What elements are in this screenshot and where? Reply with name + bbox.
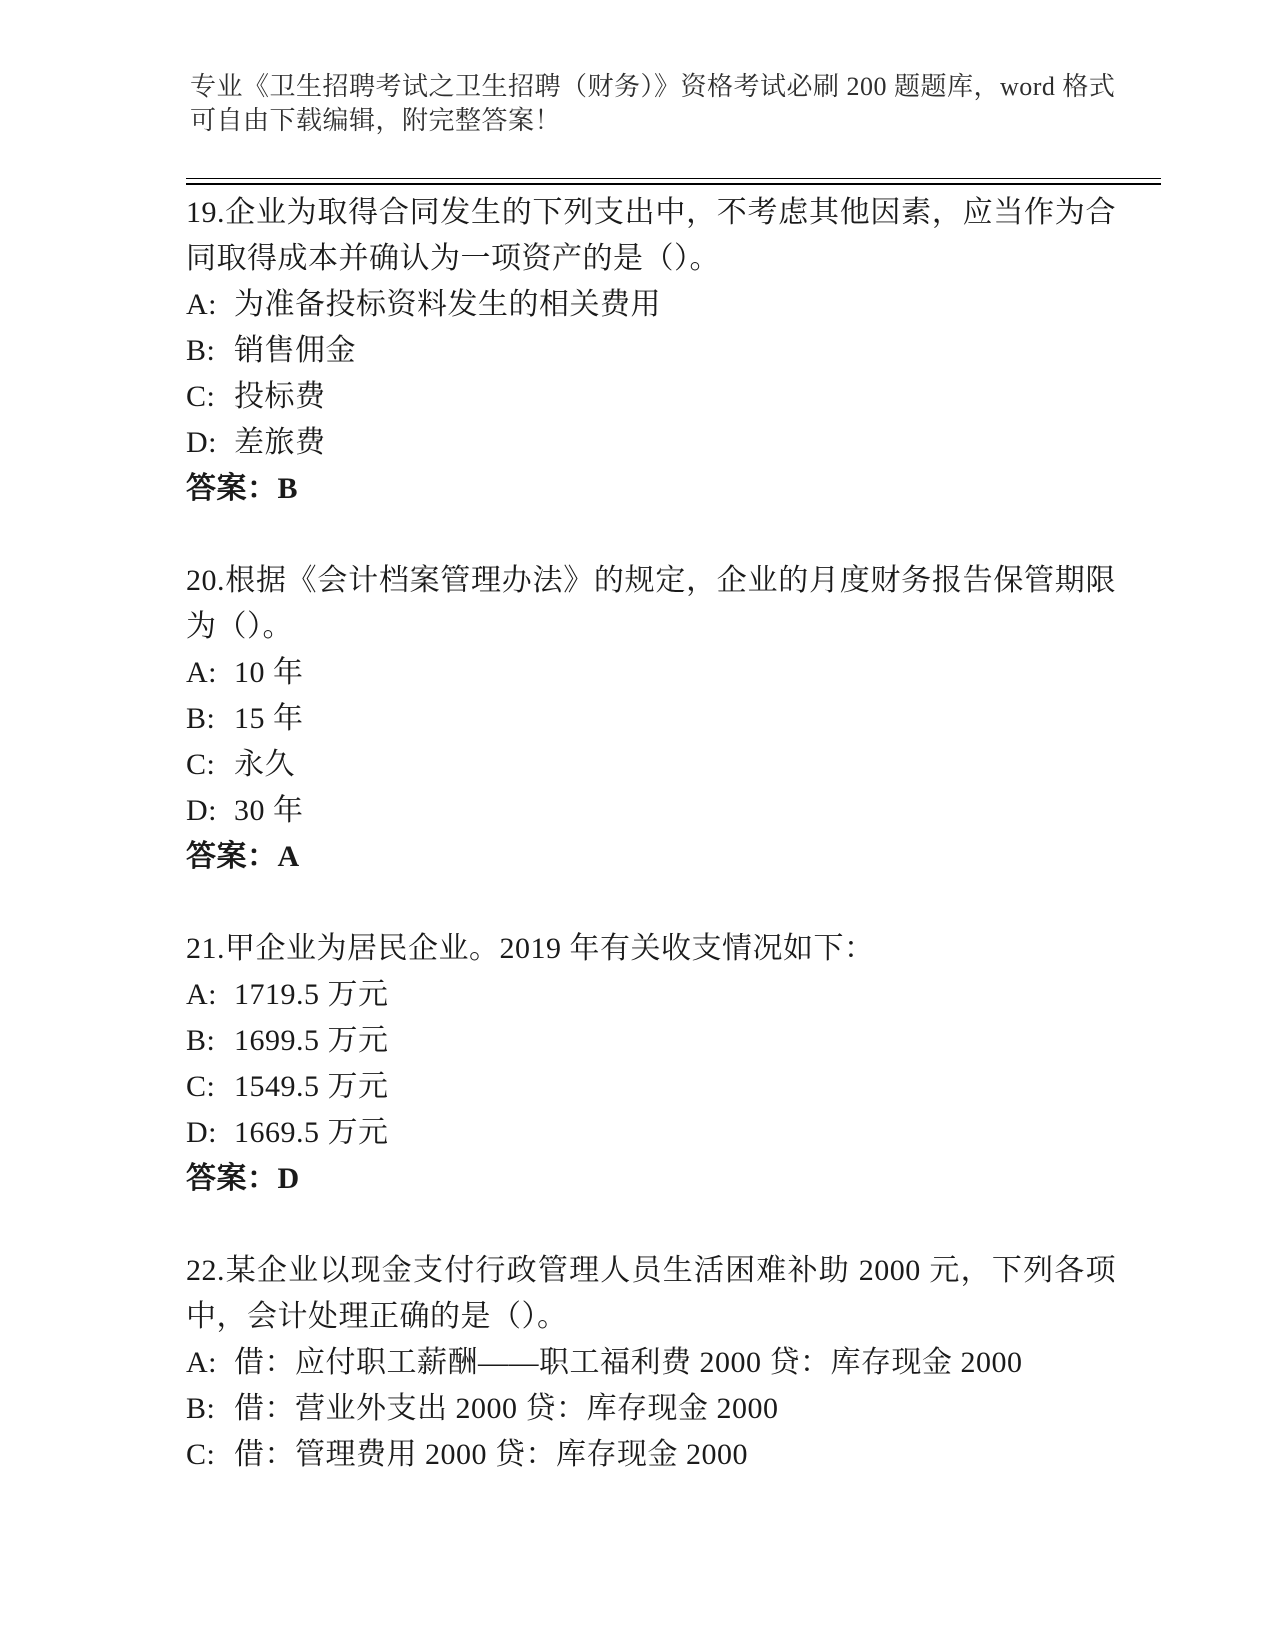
option-row: C:投标费 (186, 374, 1116, 420)
option-row: C:1549.5 万元 (186, 1064, 1116, 1110)
header-line: 专业《卫生招聘考试之卫生招聘（财务）》资格考试必刷 200 题题库，word 格… (190, 70, 1090, 104)
document-page: 专业《卫生招聘考试之卫生招聘（财务）》资格考试必刷 200 题题库，word 格… (0, 0, 1275, 1650)
option-row: A:为准备投标资料发生的相关费用 (186, 282, 1116, 328)
option-label: C: (186, 1432, 234, 1478)
option-label: A: (186, 972, 234, 1018)
answer-line: 答案：B (186, 466, 1116, 512)
option-label: C: (186, 742, 234, 788)
question-stem-line: 22.某企业以现金支付行政管理人员生活困难补助 2000 元，下列各项 (186, 1248, 1116, 1294)
header-divider-double-rule (186, 178, 1161, 185)
answer-line: 答案：A (186, 834, 1116, 880)
option-text: 10 年 (234, 656, 304, 689)
option-row: C:永久 (186, 742, 1116, 788)
option-row: A:借：应付职工薪酬——职工福利费 2000 贷：库存现金 2000 (186, 1340, 1116, 1386)
question-stem-line: 21.甲企业为居民企业。2019 年有关收支情况如下： (186, 926, 1116, 972)
blank-line (186, 880, 1116, 926)
option-row: B:15 年 (186, 696, 1116, 742)
option-text: 30 年 (234, 794, 304, 827)
question-stem-line: 20.根据《会计档案管理办法》的规定，企业的月度财务报告保管期限 (186, 558, 1116, 604)
option-label: A: (186, 282, 234, 328)
answer-line: 答案：D (186, 1156, 1116, 1202)
option-label: A: (186, 650, 234, 696)
option-text: 借：营业外支出 2000 贷：库存现金 2000 (234, 1392, 779, 1425)
question-stem-line: 19.企业为取得合同发生的下列支出中，不考虑其他因素，应当作为合 (186, 190, 1116, 236)
option-text: 销售佣金 (234, 334, 356, 367)
question-stem-line: 中，会计处理正确的是（）。 (186, 1294, 1116, 1340)
option-text: 差旅费 (234, 426, 326, 459)
option-text: 借：应付职工薪酬——职工福利费 2000 贷：库存现金 2000 (234, 1346, 1023, 1379)
option-row: D:30 年 (186, 788, 1116, 834)
blank-line (186, 512, 1116, 558)
question-stem-line: 为（）。 (186, 604, 1116, 650)
option-row: B:借：营业外支出 2000 贷：库存现金 2000 (186, 1386, 1116, 1432)
blank-line (186, 1202, 1116, 1248)
option-text: 1699.5 万元 (234, 1024, 389, 1057)
option-row: A:1719.5 万元 (186, 972, 1116, 1018)
option-row: D:1669.5 万元 (186, 1110, 1116, 1156)
option-text: 投标费 (234, 380, 326, 413)
option-row: B:1699.5 万元 (186, 1018, 1116, 1064)
doc-header: 专业《卫生招聘考试之卫生招聘（财务）》资格考试必刷 200 题题库，word 格… (190, 70, 1090, 138)
option-text: 1549.5 万元 (234, 1070, 389, 1103)
option-text: 1719.5 万元 (234, 978, 389, 1011)
questions-area: 19.企业为取得合同发生的下列支出中，不考虑其他因素，应当作为合同取得成本并确认… (186, 190, 1116, 1478)
option-row: D:差旅费 (186, 420, 1116, 466)
option-label: B: (186, 696, 234, 742)
option-label: D: (186, 788, 234, 834)
option-row: C:借：管理费用 2000 贷：库存现金 2000 (186, 1432, 1116, 1478)
option-text: 永久 (234, 748, 295, 781)
option-label: D: (186, 420, 234, 466)
option-text: 15 年 (234, 702, 304, 735)
option-text: 借：管理费用 2000 贷：库存现金 2000 (234, 1438, 748, 1471)
option-text: 1669.5 万元 (234, 1116, 389, 1149)
option-label: C: (186, 1064, 234, 1110)
option-text: 为准备投标资料发生的相关费用 (234, 288, 661, 321)
option-label: D: (186, 1110, 234, 1156)
header-line: 可自由下载编辑，附完整答案！ (190, 104, 1090, 138)
question-stem-line: 同取得成本并确认为一项资产的是（）。 (186, 236, 1116, 282)
option-label: C: (186, 374, 234, 420)
option-label: B: (186, 1386, 234, 1432)
option-row: A:10 年 (186, 650, 1116, 696)
option-label: B: (186, 328, 234, 374)
option-label: A: (186, 1340, 234, 1386)
option-row: B:销售佣金 (186, 328, 1116, 374)
option-label: B: (186, 1018, 234, 1064)
